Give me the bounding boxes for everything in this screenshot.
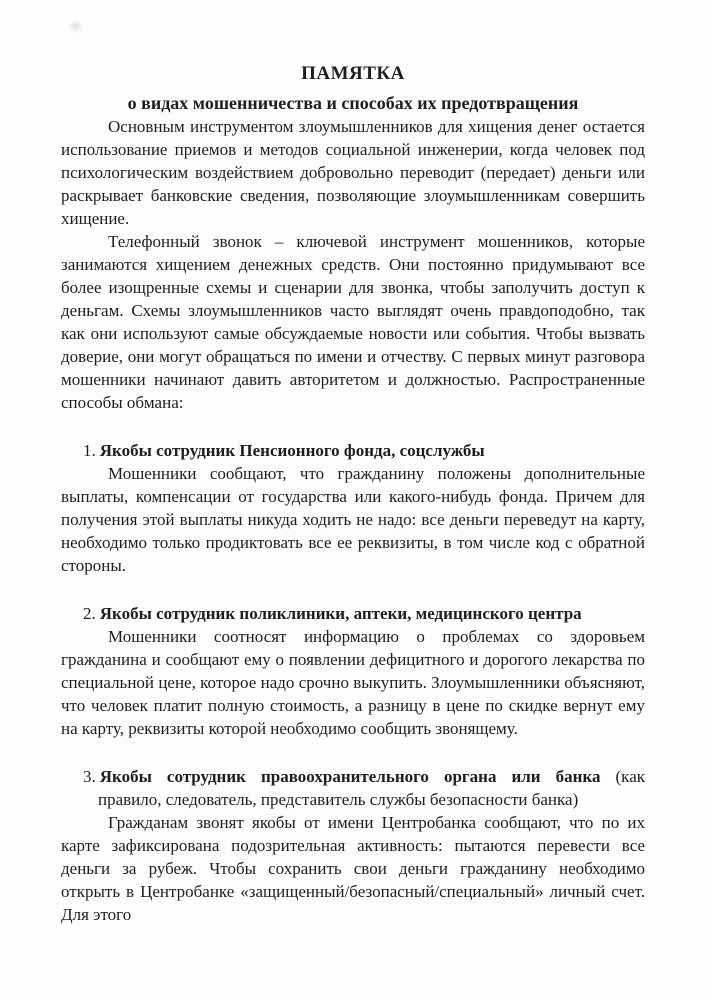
page-subtitle: о видах мошенничества и способах их пред…: [61, 91, 645, 115]
intro-paragraph-1: Основным инструментом злоумышленников дл…: [61, 115, 645, 230]
section-3-heading: 3.Якобы сотрудник правоохранительного ор…: [61, 765, 645, 811]
section-1-body: Мошенники сообщают, что гражданину полож…: [61, 462, 645, 577]
section-2-heading-text: Якобы сотрудник поликлиники, аптеки, мед…: [100, 604, 582, 623]
section-2-heading: 2.Якобы сотрудник поликлиники, аптеки, м…: [61, 602, 645, 625]
section-3-body: Гражданам звонят якобы от имени Центроба…: [61, 811, 645, 926]
scan-smudge-artifact: [71, 22, 80, 31]
section-1-heading: 1.Якобы сотрудник Пенсионного фонда, соц…: [61, 439, 645, 462]
section-3: 3.Якобы сотрудник правоохранительного ор…: [61, 765, 645, 926]
intro-paragraph-2: Телефонный звонок – ключевой инструмент …: [61, 230, 645, 414]
section-3-number: 3.: [83, 767, 100, 786]
section-2-body: Мошенники соотносят информацию о проблем…: [61, 625, 645, 740]
section-1: 1.Якобы сотрудник Пенсионного фонда, соц…: [61, 439, 645, 577]
section-3-heading-text: Якобы сотрудник правоохранительного орга…: [100, 767, 601, 786]
section-2-number: 2.: [83, 604, 100, 623]
page-title: ПАМЯТКА: [61, 62, 645, 86]
scanned-memo-page: ПАМЯТКА о видах мошенничества и способах…: [0, 0, 707, 1000]
section-1-heading-text: Якобы сотрудник Пенсионного фонда, соцсл…: [100, 441, 485, 460]
section-2: 2.Якобы сотрудник поликлиники, аптеки, м…: [61, 602, 645, 740]
section-1-number: 1.: [83, 441, 100, 460]
